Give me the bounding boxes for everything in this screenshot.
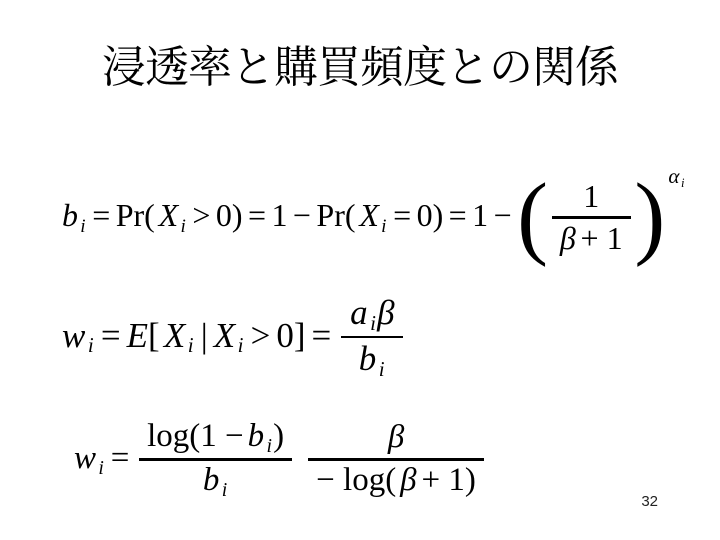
formula-frequency-log: wi= log(1 −bi) bi β − log(β+ 1)	[74, 417, 488, 503]
var-b: b	[248, 418, 265, 454]
op-equals: =	[92, 197, 110, 233]
op-greater: >	[192, 197, 210, 233]
conditional-bar: |	[201, 316, 208, 355]
var-X: X	[359, 197, 379, 233]
fraction-denominator: β+ 1	[552, 219, 631, 258]
sub-i: i	[188, 333, 194, 357]
sub-i: i	[379, 357, 385, 381]
var-alpha: α	[668, 164, 679, 188]
op-minus: −	[293, 197, 311, 233]
sub-i: i	[180, 216, 185, 237]
op-equals: =	[393, 197, 411, 233]
op-greater: >	[251, 316, 271, 355]
paren-close: )	[273, 418, 284, 454]
fraction-denominator: bi	[195, 461, 237, 502]
fraction-numerator: aiβ	[341, 292, 403, 336]
bracket-open: [	[148, 316, 160, 355]
fraction-numerator: β	[380, 418, 413, 458]
formula-penetration: bi=Pr(Xi>0)=1−Pr(Xi=0)=1− ( 1 β+ 1 ) αi	[62, 171, 685, 264]
op-equals: =	[311, 316, 331, 355]
bracket-close: ]	[294, 316, 306, 355]
var-beta: β	[560, 220, 576, 256]
fraction-denominator: − log(β+ 1)	[308, 461, 484, 501]
var-X: X	[164, 316, 185, 355]
sub-i: i	[681, 176, 685, 190]
formula-purchase-frequency: wi=E[Xi|Xi>0]= aiβ bi	[62, 292, 408, 382]
zero-close: 0)	[417, 197, 444, 233]
plus-one: + 1	[581, 220, 623, 256]
f1-text-run: bi=Pr(Xi>0)=1−Pr(Xi=0)=1−	[62, 198, 517, 236]
f3-fraction-1: log(1 −bi) bi	[139, 417, 293, 503]
op-equals: =	[449, 197, 467, 233]
fn-pr-open: Pr(	[316, 197, 355, 233]
sub-i: i	[370, 311, 376, 335]
log-open: log(1 −	[147, 418, 244, 454]
op-equals: =	[111, 440, 130, 476]
sub-i: i	[222, 479, 228, 501]
fraction-numerator: log(1 −bi)	[139, 417, 293, 458]
var-w: w	[74, 440, 96, 476]
fraction-numerator: 1	[575, 177, 607, 216]
num-one: 1	[472, 197, 488, 233]
op-minus: −	[494, 197, 512, 233]
var-beta: β	[388, 419, 404, 455]
plus-one-close: + 1)	[422, 462, 476, 498]
sub-i: i	[238, 333, 244, 357]
slide-title: 浸透率と購買頻度との関係	[0, 46, 720, 90]
var-X: X	[214, 316, 235, 355]
slide: 浸透率と購買頻度との関係 bi=Pr(Xi>0)=1−Pr(Xi=0)=1− (…	[0, 0, 720, 540]
f3-fraction-2: β − log(β+ 1)	[308, 418, 484, 501]
num-one: 1	[271, 197, 287, 233]
op-equals: =	[248, 197, 266, 233]
page-number: 32	[641, 493, 658, 510]
var-X: X	[159, 197, 179, 233]
big-left-paren: (	[517, 171, 548, 264]
fraction-denominator: bi	[350, 338, 395, 382]
big-right-paren: )	[634, 171, 665, 264]
zero-close: 0)	[216, 197, 243, 233]
var-b: b	[203, 462, 220, 498]
var-a: a	[350, 293, 368, 332]
f2-fraction: aiβ bi	[341, 292, 403, 382]
sub-i: i	[266, 435, 272, 457]
f3-text-run: wi=	[74, 440, 135, 479]
sub-i: i	[98, 457, 104, 479]
sub-i: i	[381, 216, 386, 237]
op-equals: =	[101, 316, 121, 355]
var-beta: β	[400, 462, 416, 498]
sub-i: i	[88, 333, 94, 357]
fn-pr-open: Pr(	[116, 197, 155, 233]
expectation-E: E	[127, 316, 148, 355]
f1-exponent: αi	[668, 166, 685, 189]
f1-fraction: 1 β+ 1	[552, 177, 631, 258]
num-zero: 0	[276, 316, 294, 355]
var-b: b	[359, 339, 377, 378]
var-b: b	[62, 197, 78, 233]
sub-i: i	[80, 216, 85, 237]
var-beta: β	[377, 293, 394, 332]
f2-text-run: wi=E[Xi|Xi>0]=	[62, 317, 337, 358]
minus-log-open: − log(	[316, 462, 396, 498]
var-w: w	[62, 316, 85, 355]
